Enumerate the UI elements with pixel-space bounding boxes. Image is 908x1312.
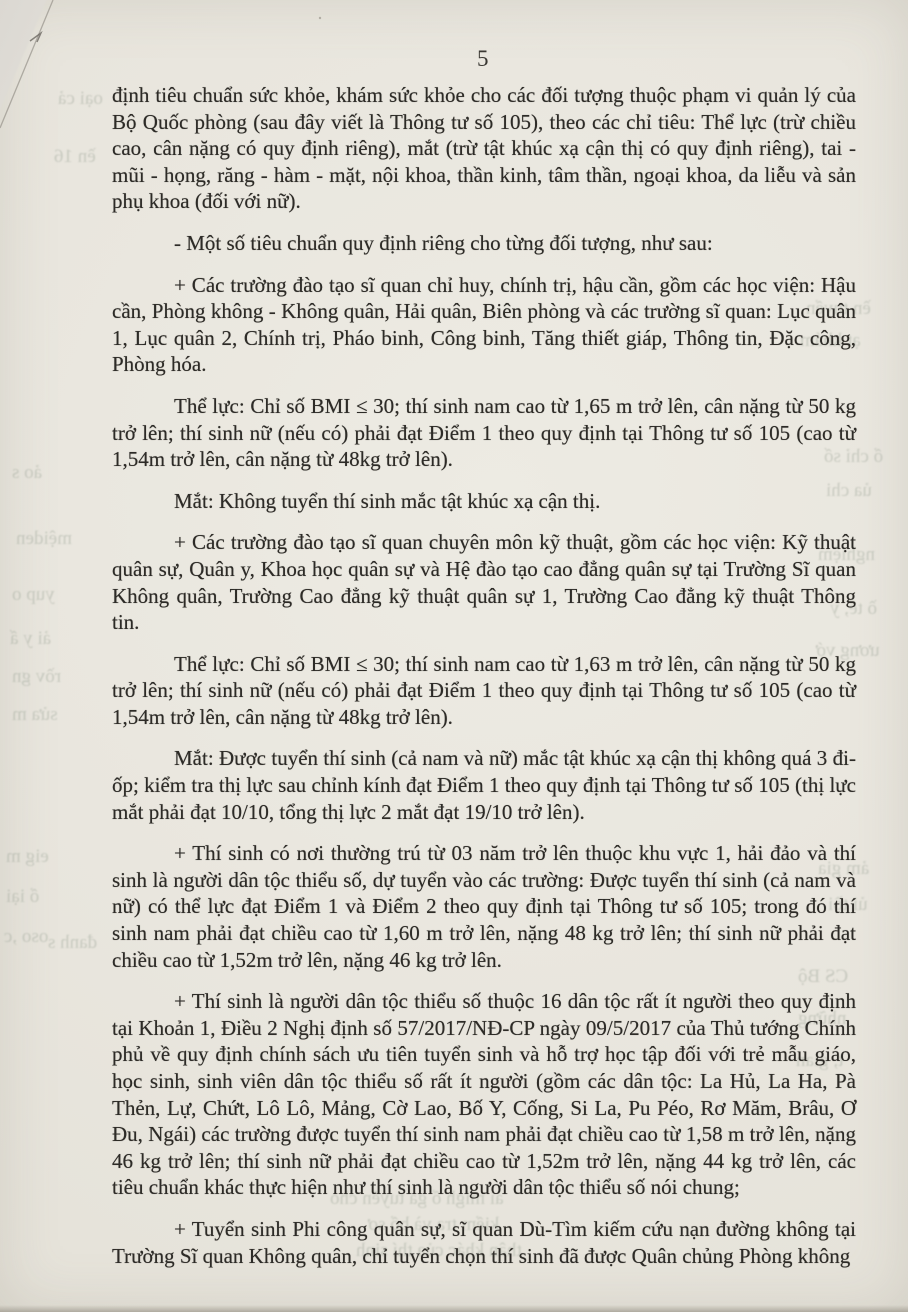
page-corner-crease — [0, 0, 60, 140]
bleed-through-text: yup o — [12, 584, 55, 606]
bleed-through-text: ền 16 — [54, 146, 96, 168]
paragraph: Mắt: Được tuyển thí sinh (cả nam và nữ) … — [112, 745, 856, 825]
bleed-through-text: oại cả — [58, 88, 103, 110]
page-number: 5 — [112, 46, 854, 72]
paragraph: + Các trường đào tạo sĩ quan chuyên môn … — [112, 529, 856, 635]
scanned-document-page: oại cả ền 16 ảo s mệiden yup o ải y ấ rồ… — [0, 0, 908, 1312]
corner-crease-line — [0, 0, 53, 128]
pen-mark — [30, 33, 41, 42]
paragraph: + Thí sinh là người dân tộc thiểu số thu… — [112, 988, 856, 1201]
paragraph: Mắt: Không tuyển thí sinh mắc tật khúc x… — [112, 488, 856, 515]
bleed-through-text: mệiden — [16, 528, 72, 550]
bleed-through-text: sửa m — [12, 704, 58, 726]
paragraph: Thể lực: Chỉ số BMI ≤ 30; thí sinh nam c… — [112, 651, 856, 731]
paragraph: Thể lực: Chỉ số BMI ≤ 30; thí sinh nam c… — [112, 393, 856, 473]
dust-speck — [319, 17, 321, 19]
paragraph: định tiêu chuẩn sức khỏe, khám sức khỏe … — [112, 82, 856, 215]
paragraph: + Tuyển sinh Phi công quân sự, sĩ quan D… — [112, 1216, 856, 1269]
bleed-through-text: đanh s — [48, 932, 97, 954]
paragraph: - Một số tiêu chuẩn quy định riêng cho t… — [112, 230, 856, 257]
paragraph: + Thí sinh có nơi thường trú từ 03 năm t… — [112, 840, 856, 973]
bleed-through-text: eig m — [6, 846, 49, 868]
bleed-through-text: ảo s — [12, 462, 42, 484]
page-bottom-edge-shadow — [0, 1305, 908, 1312]
bleed-through-text: oso ,c — [4, 926, 48, 948]
bleed-through-text: rồv gn — [12, 666, 61, 688]
bleed-through-text: ổ iại — [6, 886, 39, 908]
bleed-through-text: ải y ấ — [10, 628, 51, 650]
paragraph: + Các trường đào tạo sĩ quan chỉ huy, ch… — [112, 272, 856, 378]
document-body: định tiêu chuẩn sức khỏe, khám sức khỏe … — [112, 82, 856, 1284]
